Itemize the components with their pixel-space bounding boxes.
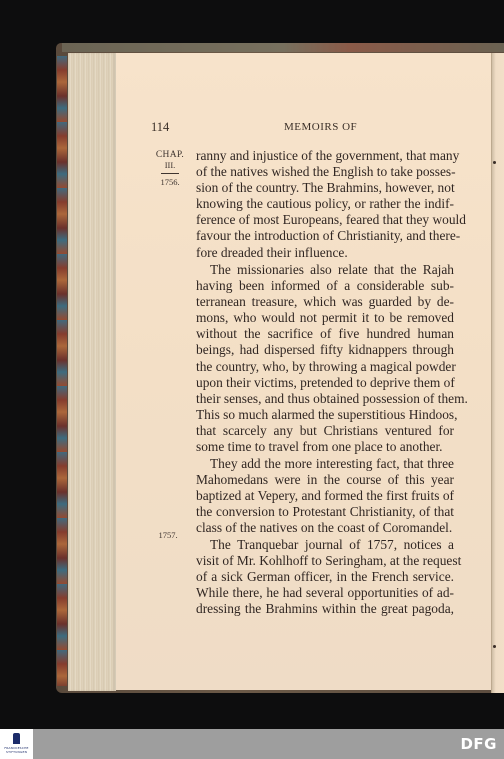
marbled-edge: [57, 56, 67, 686]
text-line: fore dreaded their influence.: [196, 245, 454, 261]
scan-viewer: 114 MEMOIRS OF CHAP. III. 1756. 1757. ra…: [0, 0, 504, 729]
text-line: ranny and injustice of the government, t…: [196, 148, 454, 164]
text-line: class of the natives on the coast of Cor…: [196, 520, 454, 536]
text-line: without the sacrifice of five hundred hu…: [196, 326, 454, 342]
library-logo[interactable]: FRANCKESCHE STIFTUNGEN: [0, 729, 33, 759]
text-line: They add the more interesting fact, that…: [196, 456, 454, 472]
text-line: upon their victims, pretended to deprive…: [196, 375, 454, 391]
text-line: favour the introduction of Christianity,…: [196, 228, 454, 244]
page-mark: [493, 645, 496, 648]
text-line: of a sick German officer, in the French …: [196, 569, 454, 585]
text-line: beings, had dispersed fifty kidnappers t…: [196, 342, 454, 358]
text-line: of the natives wished the English to tak…: [196, 164, 454, 180]
library-emblem-icon: [13, 733, 20, 744]
text-line: The Tranquebar journal of 1757, notices …: [196, 537, 454, 553]
page-block-edges: [68, 53, 116, 691]
running-head: MEMOIRS OF: [284, 121, 357, 133]
dfg-logo[interactable]: DFG: [460, 735, 497, 753]
margin-note-chapter: CHAP. III. 1756.: [152, 150, 188, 188]
text-line: This so much alarmed the superstitious H…: [196, 407, 454, 423]
text-line: that scarcely any but Christians venture…: [196, 423, 454, 439]
text-line: While there, he had several opportunitie…: [196, 585, 454, 601]
text-line: their senses, and thus obtained possessi…: [196, 391, 454, 407]
text-line: baptized at Vepery, and formed the first…: [196, 488, 454, 504]
text-line: Mahomedans were in the course of this ye…: [196, 472, 454, 488]
paragraph-2: The missionaries also relate that the Ra…: [196, 262, 454, 455]
book-cover-top-edge: [62, 43, 504, 52]
margin-rule: [161, 173, 179, 174]
text-line: knowing the cautious policy, or rather t…: [196, 196, 454, 212]
library-logo-text: FRANCKESCHE STIFTUNGEN: [1, 746, 32, 754]
text-line: The missionaries also relate that the Ra…: [196, 262, 454, 278]
text-line: visit of Mr. Kohlhoff to Seringham, at t…: [196, 553, 454, 569]
chapter-number: III.: [152, 160, 188, 171]
text-line: having been informed of a considerable s…: [196, 278, 454, 294]
text-line: sion of the country. The Brahmins, howev…: [196, 180, 454, 196]
text-line: ference of most Europeans, feared that t…: [196, 212, 454, 228]
page-mark: [493, 161, 496, 164]
text-line: the conversion to Protestant Christianit…: [196, 504, 454, 520]
text-line: some time to travel from one place to an…: [196, 439, 454, 455]
text-line: mons, who would not permit it to be remo…: [196, 310, 454, 326]
paragraph-4: The Tranquebar journal of 1757, notices …: [196, 537, 454, 617]
text-line: the country, who, by throwing a magical …: [196, 359, 454, 375]
text-line: terranean treasure, which was guarded by…: [196, 294, 454, 310]
text-line: dressing the Brahmins within the great p…: [196, 601, 454, 617]
margin-note-year: 1757.: [150, 530, 186, 541]
margin-year-1757: 1757.: [150, 530, 186, 541]
facing-page-edge: [491, 53, 504, 693]
footer-bar: [0, 729, 504, 759]
paragraph-1: ranny and injustice of the government, t…: [196, 148, 454, 261]
page-number: 114: [151, 120, 169, 135]
paragraph-3: They add the more interesting fact, that…: [196, 456, 454, 536]
margin-year-1756: 1756.: [152, 177, 188, 188]
page-header: 114 MEMOIRS OF: [151, 120, 451, 136]
